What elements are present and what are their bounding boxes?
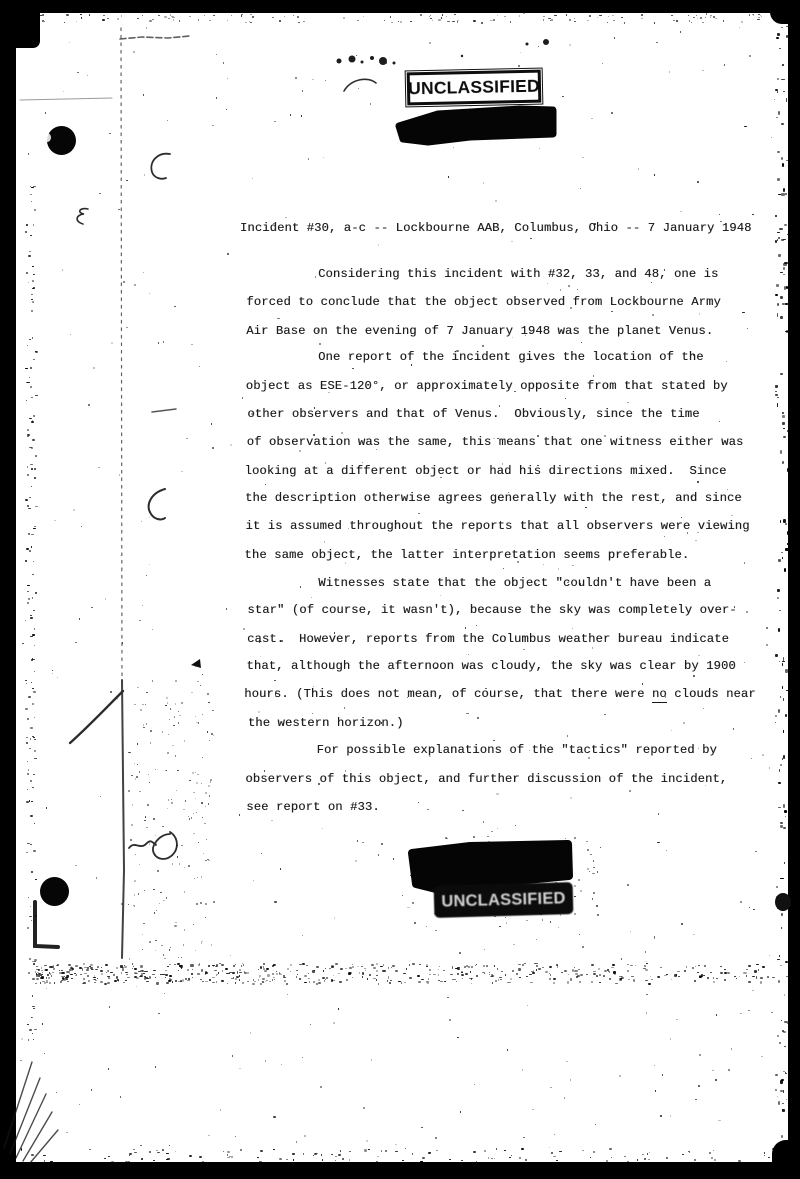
typed-line: Air Base on the evening of 7 January 194… [246,324,713,338]
hole-punch-top [47,126,76,155]
scan-edge-top [0,0,800,13]
ink-smudges-top [337,39,550,65]
typed-line: see report on #33. [246,800,379,814]
typed-line: cast. However, reports from the Columbus… [247,632,729,646]
document-heading: Incident #30, a-c -- Lockbourne AAB, Col… [240,221,752,235]
scratch-top-left [120,36,190,39]
pen-mark-arrowhead [191,659,201,668]
typed-line: the western horizon.) [248,716,404,730]
typed-line: looking at a different object or had his… [245,464,727,478]
typed-line: other observers and that of Venus. Obvio… [247,407,699,421]
typed-line: star" (of course, it wasn't), because th… [247,603,736,617]
typed-line: hours. (This does not mean, of course, t… [244,687,756,701]
unclassified-stamp-bottom: UNCLASSIFIED [436,884,572,916]
typed-line: object as ESE-120°, or approximately opp… [246,379,728,393]
typed-line: that, although the afternoon was cloudy,… [247,659,736,673]
scanned-document-page: Incident #30, a-c -- Lockbourne AAB, Col… [0,0,800,1179]
typed-line: the same object, the latter interpretati… [245,548,690,562]
scan-edge-right [788,0,800,1179]
typed-line: One report of the incident gives the loc… [318,350,704,364]
pen-mark-dash [152,409,176,412]
hole-punch-bottom [40,877,69,906]
typed-line: Considering this incident with #32, 33, … [318,267,718,281]
scan-edge-left [0,0,16,1179]
fold-crease-solid [122,680,124,958]
scan-corner-bottom-right [772,1140,800,1179]
pen-mark-loop-lower [129,832,177,859]
typed-line: it is assumed throughout the reports tha… [246,519,750,533]
mark-l-foot [35,902,58,947]
typed-line: the description otherwise agrees general… [245,491,742,505]
pen-mark-arc-mid [149,489,165,519]
fold-crease-dotted [121,28,122,680]
pen-mark-squiggle [77,209,88,224]
typed-line: For possible explanations of the "tactic… [317,743,717,757]
pen-mark-arc-top [344,79,376,91]
faint-line-left [20,98,112,100]
typed-line: observers of this object, and further di… [245,772,727,786]
typed-line: forced to conclude that the object obser… [246,295,720,309]
redaction-bar-top [399,109,553,142]
typed-line: of observation was the same, this means … [247,435,744,449]
typed-line: Witnesses state that the object "couldn'… [318,576,711,590]
crease-diagonal [70,691,123,743]
scan-edge-bottom [0,1162,800,1179]
pen-mark-arc-upper [151,154,170,179]
unclassified-stamp-top: UNCLASSIFIED [407,70,542,106]
